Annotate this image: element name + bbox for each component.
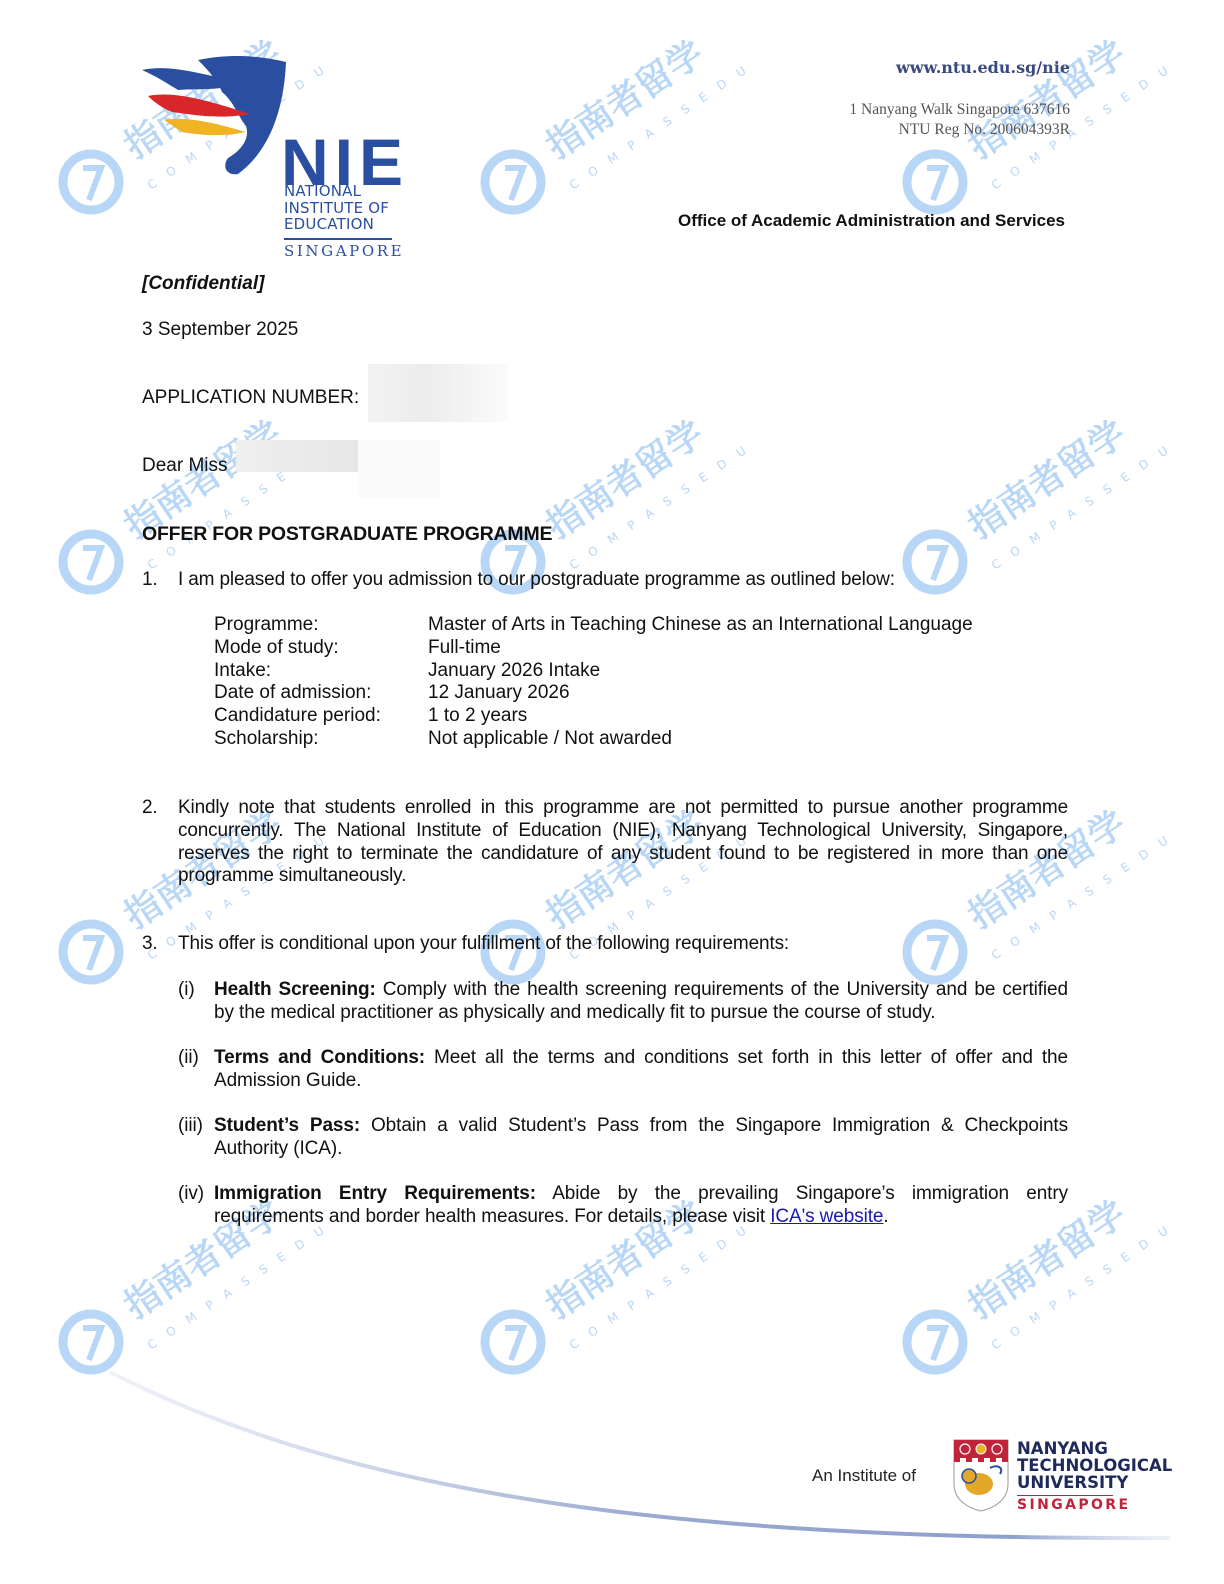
nie-name-line1: NATIONAL [284, 183, 361, 199]
paragraph-2: 2. Kindly note that students enrolled in… [142, 797, 1068, 888]
svg-text:COMPASSEDU: COMPASSEDU [989, 436, 1182, 573]
detail-value: Master of Arts in Teaching Chinese as an… [428, 614, 973, 637]
requirement-number: (iv) [178, 1183, 204, 1206]
requirement-item: (ii)Terms and Conditions: Meet all the t… [178, 1047, 1068, 1093]
paragraph-3: 3. This offer is conditional upon your f… [142, 933, 1068, 956]
letter-date: 3 September 2025 [142, 319, 298, 341]
detail-value: Full-time [428, 637, 501, 660]
confidential-label: [Confidential] [142, 273, 264, 295]
svg-text:指南者留学: 指南者留学 [961, 420, 1133, 547]
detail-label: Candidature period: [214, 705, 428, 728]
requirement-title: Terms and Conditions: [214, 1047, 425, 1068]
svg-text:COMPASSEDU: COMPASSEDU [567, 436, 760, 573]
requirement-text: Health Screening: Comply with the health… [214, 979, 1068, 1025]
office-name: Office of Academic Administration and Se… [678, 211, 1065, 231]
requirement-number: (ii) [178, 1047, 199, 1070]
redacted-recipient-name [236, 440, 358, 472]
requirement-item: (iv)Immigration Entry Requirements: Abid… [178, 1183, 1068, 1229]
detail-value: 12 January 2026 [428, 682, 570, 705]
paragraph-text: I am pleased to offer you admission to o… [178, 569, 1068, 592]
ntu-wordmark: NANYANG TECHNOLOGICAL UNIVERSITY [1017, 1440, 1172, 1491]
svg-text:COMPASSEDU: COMPASSEDU [567, 1216, 760, 1353]
ntu-crest-icon [952, 1438, 1010, 1512]
svg-text:COMPASSEDU: COMPASSEDU [145, 1216, 338, 1353]
requirement-text: Terms and Conditions: Meet all the terms… [214, 1047, 1068, 1093]
paragraph-number: 1. [142, 569, 158, 592]
requirement-item: (iii)Student’s Pass: Obtain a valid Stud… [178, 1115, 1068, 1161]
requirement-item: (i)Health Screening: Comply with the hea… [178, 979, 1068, 1025]
paragraph-1: 1. I am pleased to offer you admission t… [142, 569, 1068, 592]
requirement-number: (i) [178, 979, 195, 1002]
salutation: Dear Miss [142, 455, 228, 477]
paragraph-number: 3. [142, 933, 158, 956]
address-line1: 1 Nanyang Walk Singapore 637616 [849, 100, 1070, 120]
detail-value: Not applicable / Not awarded [428, 728, 672, 751]
paragraph-text: Kindly note that students enrolled in th… [178, 797, 1068, 888]
ntu-line2: TECHNOLOGICAL [1017, 1457, 1172, 1474]
detail-row: Date of admission:12 January 2026 [214, 682, 973, 705]
detail-label: Programme: [214, 614, 428, 637]
programme-details: Programme:Master of Arts in Teaching Chi… [214, 614, 973, 751]
ntu-singapore: SINGAPORE [1017, 1495, 1113, 1513]
detail-value: January 2026 Intake [428, 660, 600, 683]
nie-name-line4: SINGAPORE [284, 238, 392, 260]
institute-of-label: An Institute of [812, 1466, 916, 1486]
detail-row: Intake:January 2026 Intake [214, 660, 973, 683]
detail-row: Programme:Master of Arts in Teaching Chi… [214, 614, 973, 637]
paragraph-text: This offer is conditional upon your fulf… [178, 933, 1068, 956]
detail-row: Mode of study:Full-time [214, 637, 973, 660]
svg-text:COMPASSEDU: COMPASSEDU [989, 1216, 1182, 1353]
address: 1 Nanyang Walk Singapore 637616 NTU Reg … [849, 100, 1070, 140]
compass-logo-icon: 指南者留学COMPASSEDU [477, 40, 777, 240]
detail-label: Scholarship: [214, 728, 428, 751]
detail-label: Intake: [214, 660, 428, 683]
ntu-line3: UNIVERSITY [1017, 1474, 1172, 1491]
detail-label: Mode of study: [214, 637, 428, 660]
requirement-title: Health Screening: [214, 979, 376, 1000]
svg-text:COMPASSEDU: COMPASSEDU [567, 56, 760, 193]
requirement-title: Immigration Entry Requirements: [214, 1183, 536, 1204]
nie-name-line2: INSTITUTE OF [284, 200, 389, 216]
detail-label: Date of admission: [214, 682, 428, 705]
letter-heading: OFFER FOR POSTGRADUATE PROGRAMME [142, 523, 552, 546]
registration-number: NTU Reg No. 200604393R [849, 120, 1070, 140]
application-number-label: APPLICATION NUMBER: [142, 387, 359, 409]
requirement-text: Student’s Pass: Obtain a valid Student’s… [214, 1115, 1068, 1161]
nie-name-line3: EDUCATION [284, 216, 374, 232]
requirement-title: Student’s Pass: [214, 1115, 360, 1136]
detail-value: 1 to 2 years [428, 705, 527, 728]
ica-website-link[interactable]: ICA's website [770, 1206, 883, 1227]
paragraph-number: 2. [142, 797, 158, 820]
requirement-text: Immigration Entry Requirements: Abide by… [214, 1183, 1068, 1229]
detail-row: Candidature period:1 to 2 years [214, 705, 973, 728]
svg-text:指南者留学: 指南者留学 [539, 420, 711, 547]
ntu-line1: NANYANG [1017, 1440, 1172, 1457]
redacted-name-shadow [358, 440, 440, 498]
website-url[interactable]: www.ntu.edu.sg/nie [896, 58, 1070, 77]
watermark: 指南者留学COMPASSEDU [477, 40, 777, 240]
svg-text:指南者留学: 指南者留学 [539, 40, 711, 167]
detail-row: Scholarship:Not applicable / Not awarded [214, 728, 973, 751]
nie-logo: NIE NATIONAL INSTITUTE OF EDUCATION SING… [138, 52, 403, 262]
requirement-number: (iii) [178, 1115, 203, 1138]
redacted-application-number [368, 364, 508, 422]
nie-lion-icon [138, 52, 288, 182]
